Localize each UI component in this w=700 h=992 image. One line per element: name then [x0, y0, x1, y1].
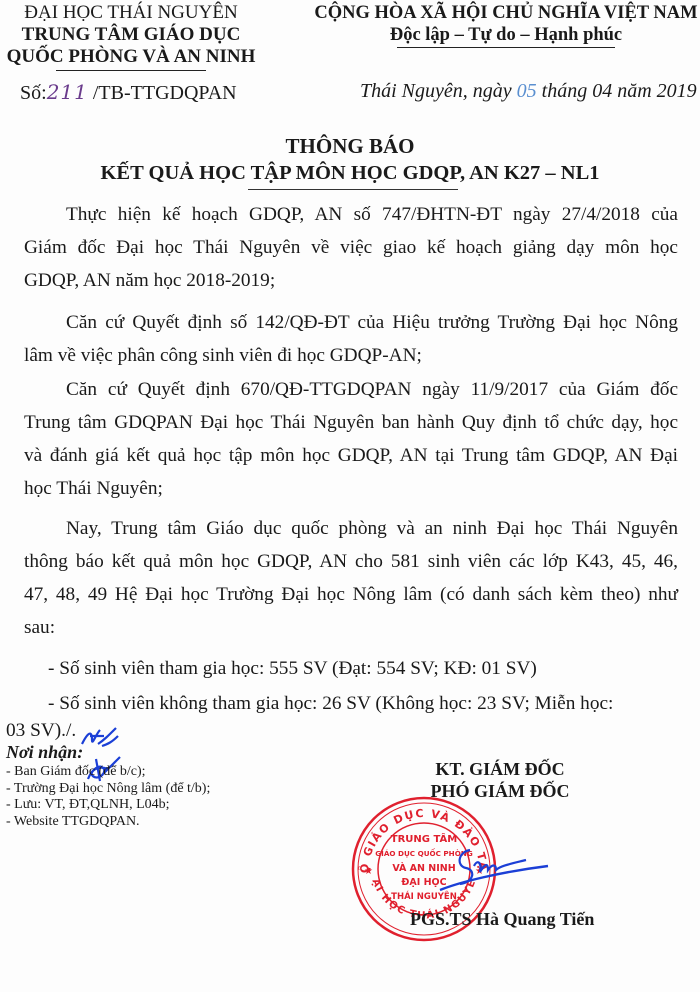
- paragraph-line: Nay, Trung tâm Giáo dục quốc phòng và an…: [66, 518, 678, 539]
- stamp-inner-line: ĐẠI HỌC: [401, 877, 446, 888]
- issuer-underline: [56, 70, 206, 71]
- handwritten-number: 211: [47, 80, 88, 104]
- recipients-list: Nơi nhận: - Ban Giám đốc (để b/c); - Trư…: [6, 740, 210, 830]
- stamp-inner-line: THÁI NGUYÊN: [391, 890, 457, 902]
- paragraph-line: Căn cứ Quyết định 670/QĐ-TTGDQPAN ngày 1…: [66, 379, 678, 400]
- paragraph-plan: Thực hiện kế hoạch GDQP, AN số 747/ĐHTN-…: [24, 198, 678, 297]
- paragraph-line: GDQP, AN năm học 2018-2019;: [24, 264, 678, 297]
- recipient-item: - Ban Giám đốc (để b/c);: [6, 764, 210, 781]
- signature-line1: KT. GIÁM ĐỐC: [400, 758, 600, 780]
- result-continuation: 03 SV)./.: [6, 720, 76, 742]
- svg-text:★: ★: [475, 866, 484, 877]
- title-line2: KẾT QUẢ HỌC TẬP MÔN HỌC GDQP, AN K27 – N…: [0, 160, 700, 187]
- signer-name: PGS.TS Hà Quang Tiến: [410, 909, 594, 930]
- issuer-header: ĐẠI HỌC THÁI NGUYÊN TRUNG TÂM GIÁO DỤC Q…: [0, 2, 262, 71]
- svg-text:★: ★: [364, 866, 373, 877]
- result-not-participated: - Số sinh viên không tham gia học: 26 SV…: [48, 687, 688, 720]
- recipients-heading: Nơi nhận:: [6, 740, 210, 764]
- title-line1: THÔNG BÁO: [0, 133, 700, 160]
- paragraph-line: 47, 48, 49 Hệ Đại học Trường Đại học Nôn…: [24, 578, 678, 611]
- paragraph-line: Trung tâm GDQPAN Đại học Thái Nguyên ban…: [24, 406, 678, 439]
- paragraph-line: sau:: [24, 611, 678, 644]
- paragraph-decision-670: Căn cứ Quyết định 670/QĐ-TTGDQPAN ngày 1…: [24, 373, 678, 505]
- paragraph-line: lâm về việc phân công sinh viên đi học G…: [24, 339, 678, 372]
- recipient-item: - Lưu: VT, ĐT,QLNH, L04b;: [6, 797, 210, 814]
- document-number-suffix: /TB-TTGDQPAN: [93, 82, 237, 104]
- paragraph-line: Căn cứ Quyết định số 142/QĐ-ĐT của Hiệu …: [66, 312, 678, 333]
- date-day: 05: [517, 80, 537, 102]
- paragraph-line: học Thái Nguyên;: [24, 472, 678, 505]
- document-number-prefix: Số:: [20, 82, 47, 104]
- result-participated: - Số sinh viên tham gia học: 555 SV (Đạt…: [48, 652, 688, 685]
- issuer-university: ĐẠI HỌC THÁI NGUYÊN: [0, 2, 262, 24]
- paragraph-line: Thực hiện kế hoạch GDQP, AN số 747/ĐHTN-…: [66, 204, 678, 225]
- date-prefix: Thái Nguyên, ngày: [360, 80, 512, 102]
- document-number: Số:211 /TB-TTGDQPAN: [20, 80, 237, 105]
- paragraph-line: và đánh giá kết quả học tập môn học GDQP…: [24, 439, 678, 472]
- national-motto: Độc lập – Tự do – Hạnh phúc: [312, 24, 700, 46]
- motto-underline: [397, 47, 615, 48]
- paragraph-line: Giám đốc Đại học Thái Nguyên về việc gia…: [24, 231, 678, 264]
- stamp-inner-line: TRUNG TÂM: [391, 832, 457, 845]
- document-title: THÔNG BÁO KẾT QUẢ HỌC TẬP MÔN HỌC GDQP, …: [0, 133, 700, 190]
- stamp-inner-line: GIÁO DỤC QUỐC PHÒNG: [375, 848, 473, 858]
- national-header: CỘNG HÒA XÃ HỘI CHỦ NGHĨA VIỆT NAM Độc l…: [312, 2, 700, 48]
- document-date: Thái Nguyên, ngày 05 tháng 04 năm 2019: [360, 80, 697, 103]
- issuer-center-line1: TRUNG TÂM GIÁO DỤC: [0, 24, 262, 46]
- issuer-center-line2: QUỐC PHÒNG VÀ AN NINH: [0, 46, 262, 68]
- date-suffix: tháng 04 năm 2019: [542, 80, 697, 102]
- paragraph-announcement: Nay, Trung tâm Giáo dục quốc phòng và an…: [24, 512, 678, 644]
- recipient-item: - Website TTGDQPAN.: [6, 814, 210, 831]
- national-name: CỘNG HÒA XÃ HỘI CHỦ NGHĨA VIỆT NAM: [312, 2, 700, 24]
- stamp-inner-line: VÀ AN NINH: [392, 862, 455, 874]
- title-underline: [248, 189, 458, 190]
- recipient-item: - Trường Đại học Nông lâm (để t/b);: [6, 781, 210, 798]
- paragraph-decision-142: Căn cứ Quyết định số 142/QĐ-ĐT của Hiệu …: [24, 306, 678, 372]
- paragraph-line: thông báo kết quả môn học GDQP, AN cho 5…: [24, 545, 678, 578]
